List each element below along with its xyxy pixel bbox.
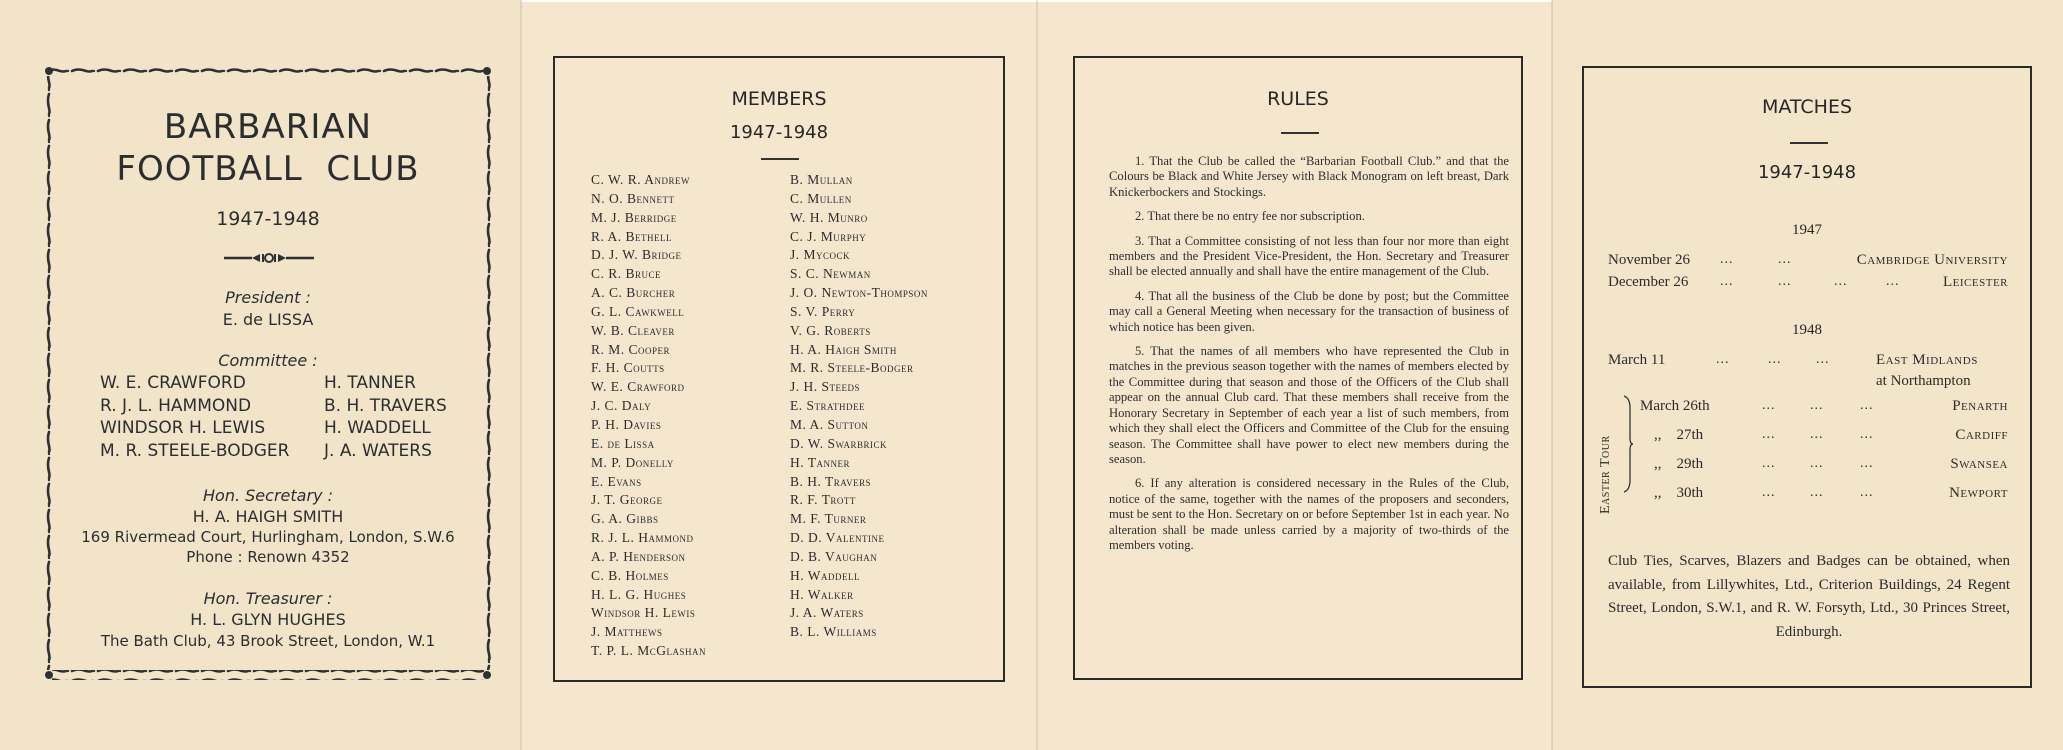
rules-panel: RULES 1. That the Club be called the “Ba… — [1037, 2, 1552, 750]
member-name: H. Walker — [790, 586, 928, 605]
fixture-venue: at Northampton — [1876, 373, 1971, 390]
member-name: S. C. Newman — [790, 265, 928, 284]
rule-item: 3. That a Committee consisting of not le… — [1109, 234, 1509, 280]
title-line-2: FOOTBALL CLUB — [44, 148, 492, 190]
fixture-date: ,, 30th — [1654, 485, 1703, 502]
committee-member: J. A. WATERS — [324, 440, 447, 463]
member-name: T. P. L. McGlashan — [591, 642, 706, 661]
member-name: H. Tanner — [790, 454, 928, 473]
rule-item: 1. That the Club be called the “Barbaria… — [1109, 154, 1509, 200]
brace-icon — [1622, 394, 1634, 494]
member-name: D. B. Vaughan — [790, 548, 928, 567]
member-name: J. C. Daly — [591, 397, 706, 416]
member-name: C. Mullen — [790, 190, 928, 209]
member-name: S. V. Perry — [790, 303, 928, 322]
secretary-label: Hon. Secretary : — [44, 486, 492, 505]
member-name: B. Mullan — [790, 171, 928, 190]
leader-dots: ... — [1720, 274, 1734, 290]
leader-dots: ... — [1778, 252, 1792, 268]
fixture-date: November 26 — [1608, 252, 1690, 268]
rule-item: 5. That the names of all members who hav… — [1109, 344, 1509, 467]
member-name: J. H. Steeds — [790, 378, 928, 397]
club-title: BARBARIAN FOOTBALL CLUB — [44, 106, 492, 190]
member-name: W. E. Crawford — [591, 378, 706, 397]
fixture-date: ,, 29th — [1654, 456, 1703, 473]
member-name: P. H. Davies — [591, 416, 706, 435]
leader-dots: ... — [1860, 398, 1874, 414]
member-name: E. Strathdee — [790, 397, 928, 416]
fixture-opponent: Swansea — [1950, 456, 2008, 473]
member-name: M. F. Turner — [790, 510, 928, 529]
rule-item: 2. That there be no entry fee nor subscr… — [1109, 209, 1509, 224]
member-name: M. J. Berridge — [591, 209, 706, 228]
treasurer-name: H. L. GLYN HUGHES — [44, 610, 492, 629]
member-name: M. P. Donelly — [591, 454, 706, 473]
cover-panel: BARBARIAN FOOTBALL CLUB 1947-1948 Presid… — [0, 0, 521, 750]
committee-left-column: W. E. CRAWFORD R. J. L. HAMMOND WINDSOR … — [100, 372, 289, 462]
member-name: C. B. Holmes — [591, 567, 706, 586]
committee-member: WINDSOR H. LEWIS — [100, 417, 289, 440]
rule-item: 6. If any alteration is considered neces… — [1109, 476, 1509, 553]
fixture-date: March 11 — [1608, 352, 1665, 369]
member-name: A. C. Burcher — [591, 284, 706, 303]
fixture-row: December 26 — [1608, 274, 1688, 291]
members-panel: MEMBERS 1947-1948 C. W. R. Andrew N. O. … — [521, 2, 1037, 750]
secretary-phone: Phone : Renown 4352 — [44, 548, 492, 566]
member-name: M. A. Sutton — [790, 416, 928, 435]
member-name: W. B. Cleaver — [591, 322, 706, 341]
fixture-opponent: Cambridge University — [1857, 252, 2008, 269]
leader-dots: ... — [1778, 274, 1792, 290]
member-name: N. O. Bennett — [591, 190, 706, 209]
fixture-date: March 26th — [1640, 398, 1710, 415]
members-season: 1947-1948 — [555, 122, 1003, 143]
divider — [1790, 142, 1828, 144]
leader-dots: ... — [1834, 274, 1848, 290]
fixture-opponent: Leicester — [1943, 274, 2008, 291]
title-line-1: BARBARIAN — [44, 106, 492, 148]
matches-season: 1947-1948 — [1584, 162, 2030, 183]
member-name: C. R. Bruce — [591, 265, 706, 284]
fixture-date: ,, 27th — [1654, 427, 1703, 444]
leader-dots: ... — [1810, 485, 1824, 501]
matches-frame: MATCHES 1947-1948 1947 November 26 ... .… — [1582, 66, 2032, 688]
committee-label: Committee : — [44, 351, 492, 370]
easter-tour-label: Easter Tour — [1598, 435, 1614, 514]
leader-dots: ... — [1762, 456, 1776, 472]
fixture-date: December 26 — [1608, 274, 1688, 290]
member-name: D. D. Valentine — [790, 529, 928, 548]
member-name: D. J. W. Bridge — [591, 246, 706, 265]
member-name: R. M. Cooper — [591, 341, 706, 360]
member-name: B. L. Williams — [790, 623, 928, 642]
member-name: R. J. L. Hammond — [591, 529, 706, 548]
president-name: E. de LISSA — [44, 310, 492, 329]
divider — [761, 158, 799, 160]
leader-dots: ... — [1860, 427, 1874, 443]
member-name: J. O. Newton-Thompson — [790, 284, 928, 303]
flourish-ornament-icon — [222, 252, 316, 264]
members-frame: MEMBERS 1947-1948 C. W. R. Andrew N. O. … — [553, 56, 1005, 682]
matches-panel: MATCHES 1947-1948 1947 November 26 ... .… — [1552, 0, 2063, 750]
leader-dots: ... — [1810, 427, 1824, 443]
member-name: H. L. G. Hughes — [591, 586, 706, 605]
merchandise-note: Club Ties, Scarves, Blazers and Badges c… — [1608, 550, 2010, 644]
committee-member: H. TANNER — [324, 372, 447, 395]
fixture-opponent: Penarth — [1952, 398, 2008, 415]
leader-dots: ... — [1762, 398, 1776, 414]
committee-member: B. H. TRAVERS — [324, 395, 447, 418]
member-name: D. W. Swarbrick — [790, 435, 928, 454]
member-name: C. W. R. Andrew — [591, 171, 706, 190]
member-name: Windsor H. Lewis — [591, 604, 706, 623]
fixture-row: November 26 — [1608, 252, 1690, 269]
committee-member: M. R. STEELE-BODGER — [100, 440, 289, 463]
leader-dots: ... — [1810, 398, 1824, 414]
member-name: J. A. Waters — [790, 604, 928, 623]
members-column-1: C. W. R. Andrew N. O. Bennett M. J. Berr… — [591, 171, 706, 661]
rules-list: 1. That the Club be called the “Barbaria… — [1109, 154, 1509, 562]
leader-dots: ... — [1816, 352, 1830, 368]
fold-line — [1036, 0, 1038, 750]
member-name: A. P. Henderson — [591, 548, 706, 567]
year-1948: 1948 — [1584, 322, 2030, 339]
member-name: V. G. Roberts — [790, 322, 928, 341]
member-name: R. F. Trott — [790, 491, 928, 510]
president-label: President : — [44, 288, 492, 307]
treasurer-address: The Bath Club, 43 Brook Street, London, … — [44, 632, 492, 650]
leader-dots: ... — [1716, 352, 1730, 368]
member-name: E. de Lissa — [591, 435, 706, 454]
member-name: C. J. Murphy — [790, 228, 928, 247]
member-name: W. H. Munro — [790, 209, 928, 228]
committee-member: R. J. L. HAMMOND — [100, 395, 289, 418]
committee-member: W. E. CRAWFORD — [100, 372, 289, 395]
treasurer-label: Hon. Treasurer : — [44, 589, 492, 608]
leader-dots: ... — [1860, 456, 1874, 472]
member-name: H. Waddell — [790, 567, 928, 586]
fixture-opponent: Cardiff — [1955, 427, 2008, 444]
committee-right-column: H. TANNER B. H. TRAVERS H. WADDELL J. A.… — [324, 372, 447, 462]
member-name: R. A. Bethell — [591, 228, 706, 247]
cover-season: 1947-1948 — [44, 208, 492, 230]
member-name: M. R. Steele-Bodger — [790, 359, 928, 378]
member-name: E. Evans — [591, 473, 706, 492]
member-name: B. H. Travers — [790, 473, 928, 492]
committee-member: H. WADDELL — [324, 417, 447, 440]
leader-dots: ... — [1762, 485, 1776, 501]
leader-dots: ... — [1768, 352, 1782, 368]
secretary-address: 169 Rivermead Court, Hurlingham, London,… — [44, 528, 492, 546]
leader-dots: ... — [1886, 274, 1900, 290]
fold-line — [1551, 0, 1553, 750]
member-name: F. H. Coutts — [591, 359, 706, 378]
year-1947: 1947 — [1584, 222, 2030, 239]
leader-dots: ... — [1810, 456, 1824, 472]
secretary-name: H. A. HAIGH SMITH — [44, 507, 492, 526]
member-name: H. A. Haigh Smith — [790, 341, 928, 360]
leader-dots: ... — [1860, 485, 1874, 501]
member-name: G. L. Cawkwell — [591, 303, 706, 322]
fixture-opponent: Newport — [1949, 485, 2008, 502]
member-name: J. Mycock — [790, 246, 928, 265]
matches-heading: MATCHES — [1584, 96, 2030, 118]
member-name: J. T. George — [591, 491, 706, 510]
members-heading: MEMBERS — [555, 88, 1003, 110]
members-column-2: B. Mullan C. Mullen W. H. Munro C. J. Mu… — [790, 171, 928, 642]
rule-item: 4. That all the business of the Club be … — [1109, 289, 1509, 335]
leader-dots: ... — [1720, 252, 1734, 268]
divider — [1281, 132, 1319, 134]
fixture-opponent: East Midlands — [1876, 352, 1978, 369]
member-name: J. Matthews — [591, 623, 706, 642]
rules-heading: RULES — [1075, 88, 1521, 110]
leader-dots: ... — [1762, 427, 1776, 443]
fold-line — [520, 0, 522, 750]
member-name: G. A. Gibbs — [591, 510, 706, 529]
rules-frame: RULES 1. That the Club be called the “Ba… — [1073, 56, 1523, 680]
